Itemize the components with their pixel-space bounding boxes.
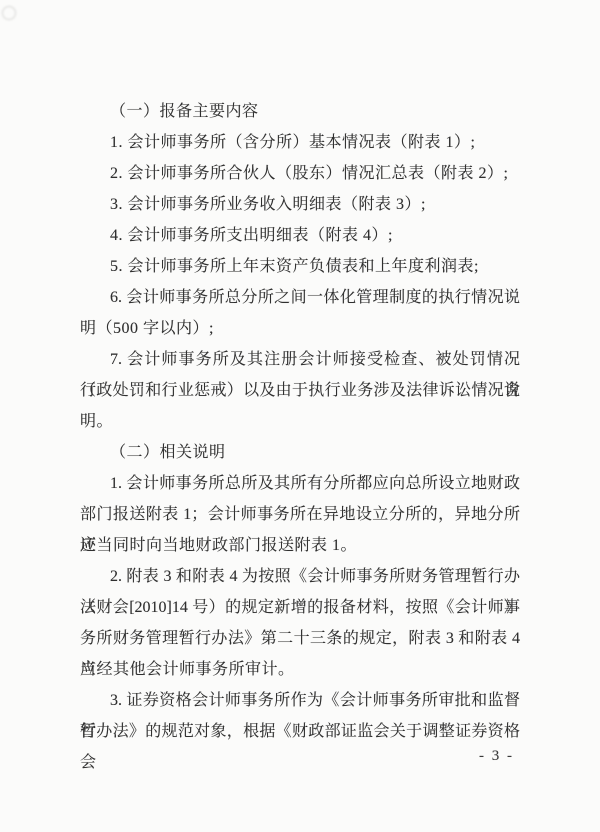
text-line: 2. 附表 3 和附表 4 为按照《会计师事务所财务管理暂行办法》 (80, 561, 520, 592)
text-line: 明。 (80, 406, 520, 437)
text-line: 行办法》的规范对象，根据《财政部证监会关于调整证券资格会 (80, 716, 520, 747)
text-line: 当经其他会计师事务所审计。 (80, 654, 520, 685)
text-line: （财会[2010]14 号）的规定新增的报备材料，按照《会计师事 (80, 592, 520, 623)
scan-smudge (2, 6, 16, 20)
page-number: - 3 - (479, 746, 514, 766)
text-line: 部门报送附表 1；会计师事务所在异地设立分所的，异地分所还 (80, 499, 520, 530)
text-line: 1. 会计师事务所总所及其所有分所都应向总所设立地财政 (80, 468, 520, 499)
document-page: （一）报备主要内容1. 会计师事务所（含分所）基本情况表（附表 1）;2. 会计… (0, 0, 600, 832)
text-line: 3. 证券资格会计师事务所作为《会计师事务所审批和监督暂 (80, 685, 520, 716)
text-line: 务所财务管理暂行办法》第二十三条的规定，附表 3 和附表 4 应 (80, 623, 520, 654)
document-body: （一）报备主要内容1. 会计师事务所（含分所）基本情况表（附表 1）;2. 会计… (80, 96, 520, 747)
text-line: 应当同时向当地财政部门报送附表 1。 (80, 530, 520, 561)
text-line: 1. 会计师事务所（含分所）基本情况表（附表 1）; (80, 127, 520, 158)
text-line: 明（500 字以内）; (80, 313, 520, 344)
section-heading: （一）报备主要内容 (80, 96, 520, 127)
text-line: 3. 会计师事务所业务收入明细表（附表 3）; (80, 189, 520, 220)
section-heading: （二）相关说明 (80, 437, 520, 468)
text-line: 6. 会计师事务所总分所之间一体化管理制度的执行情况说 (80, 282, 520, 313)
text-line: 2. 会计师事务所合伙人（股东）情况汇总表（附表 2）; (80, 158, 520, 189)
text-line: 4. 会计师事务所支出明细表（附表 4）; (80, 220, 520, 251)
text-line: 5. 会计师事务所上年末资产负债表和上年度利润表; (80, 251, 520, 282)
text-line: 行政处罚和行业惩戒）以及由于执行业务涉及法律诉讼情况说 (80, 375, 520, 406)
text-line: 7. 会计师事务所及其注册会计师接受检查、被处罚情况（含 (80, 344, 520, 375)
